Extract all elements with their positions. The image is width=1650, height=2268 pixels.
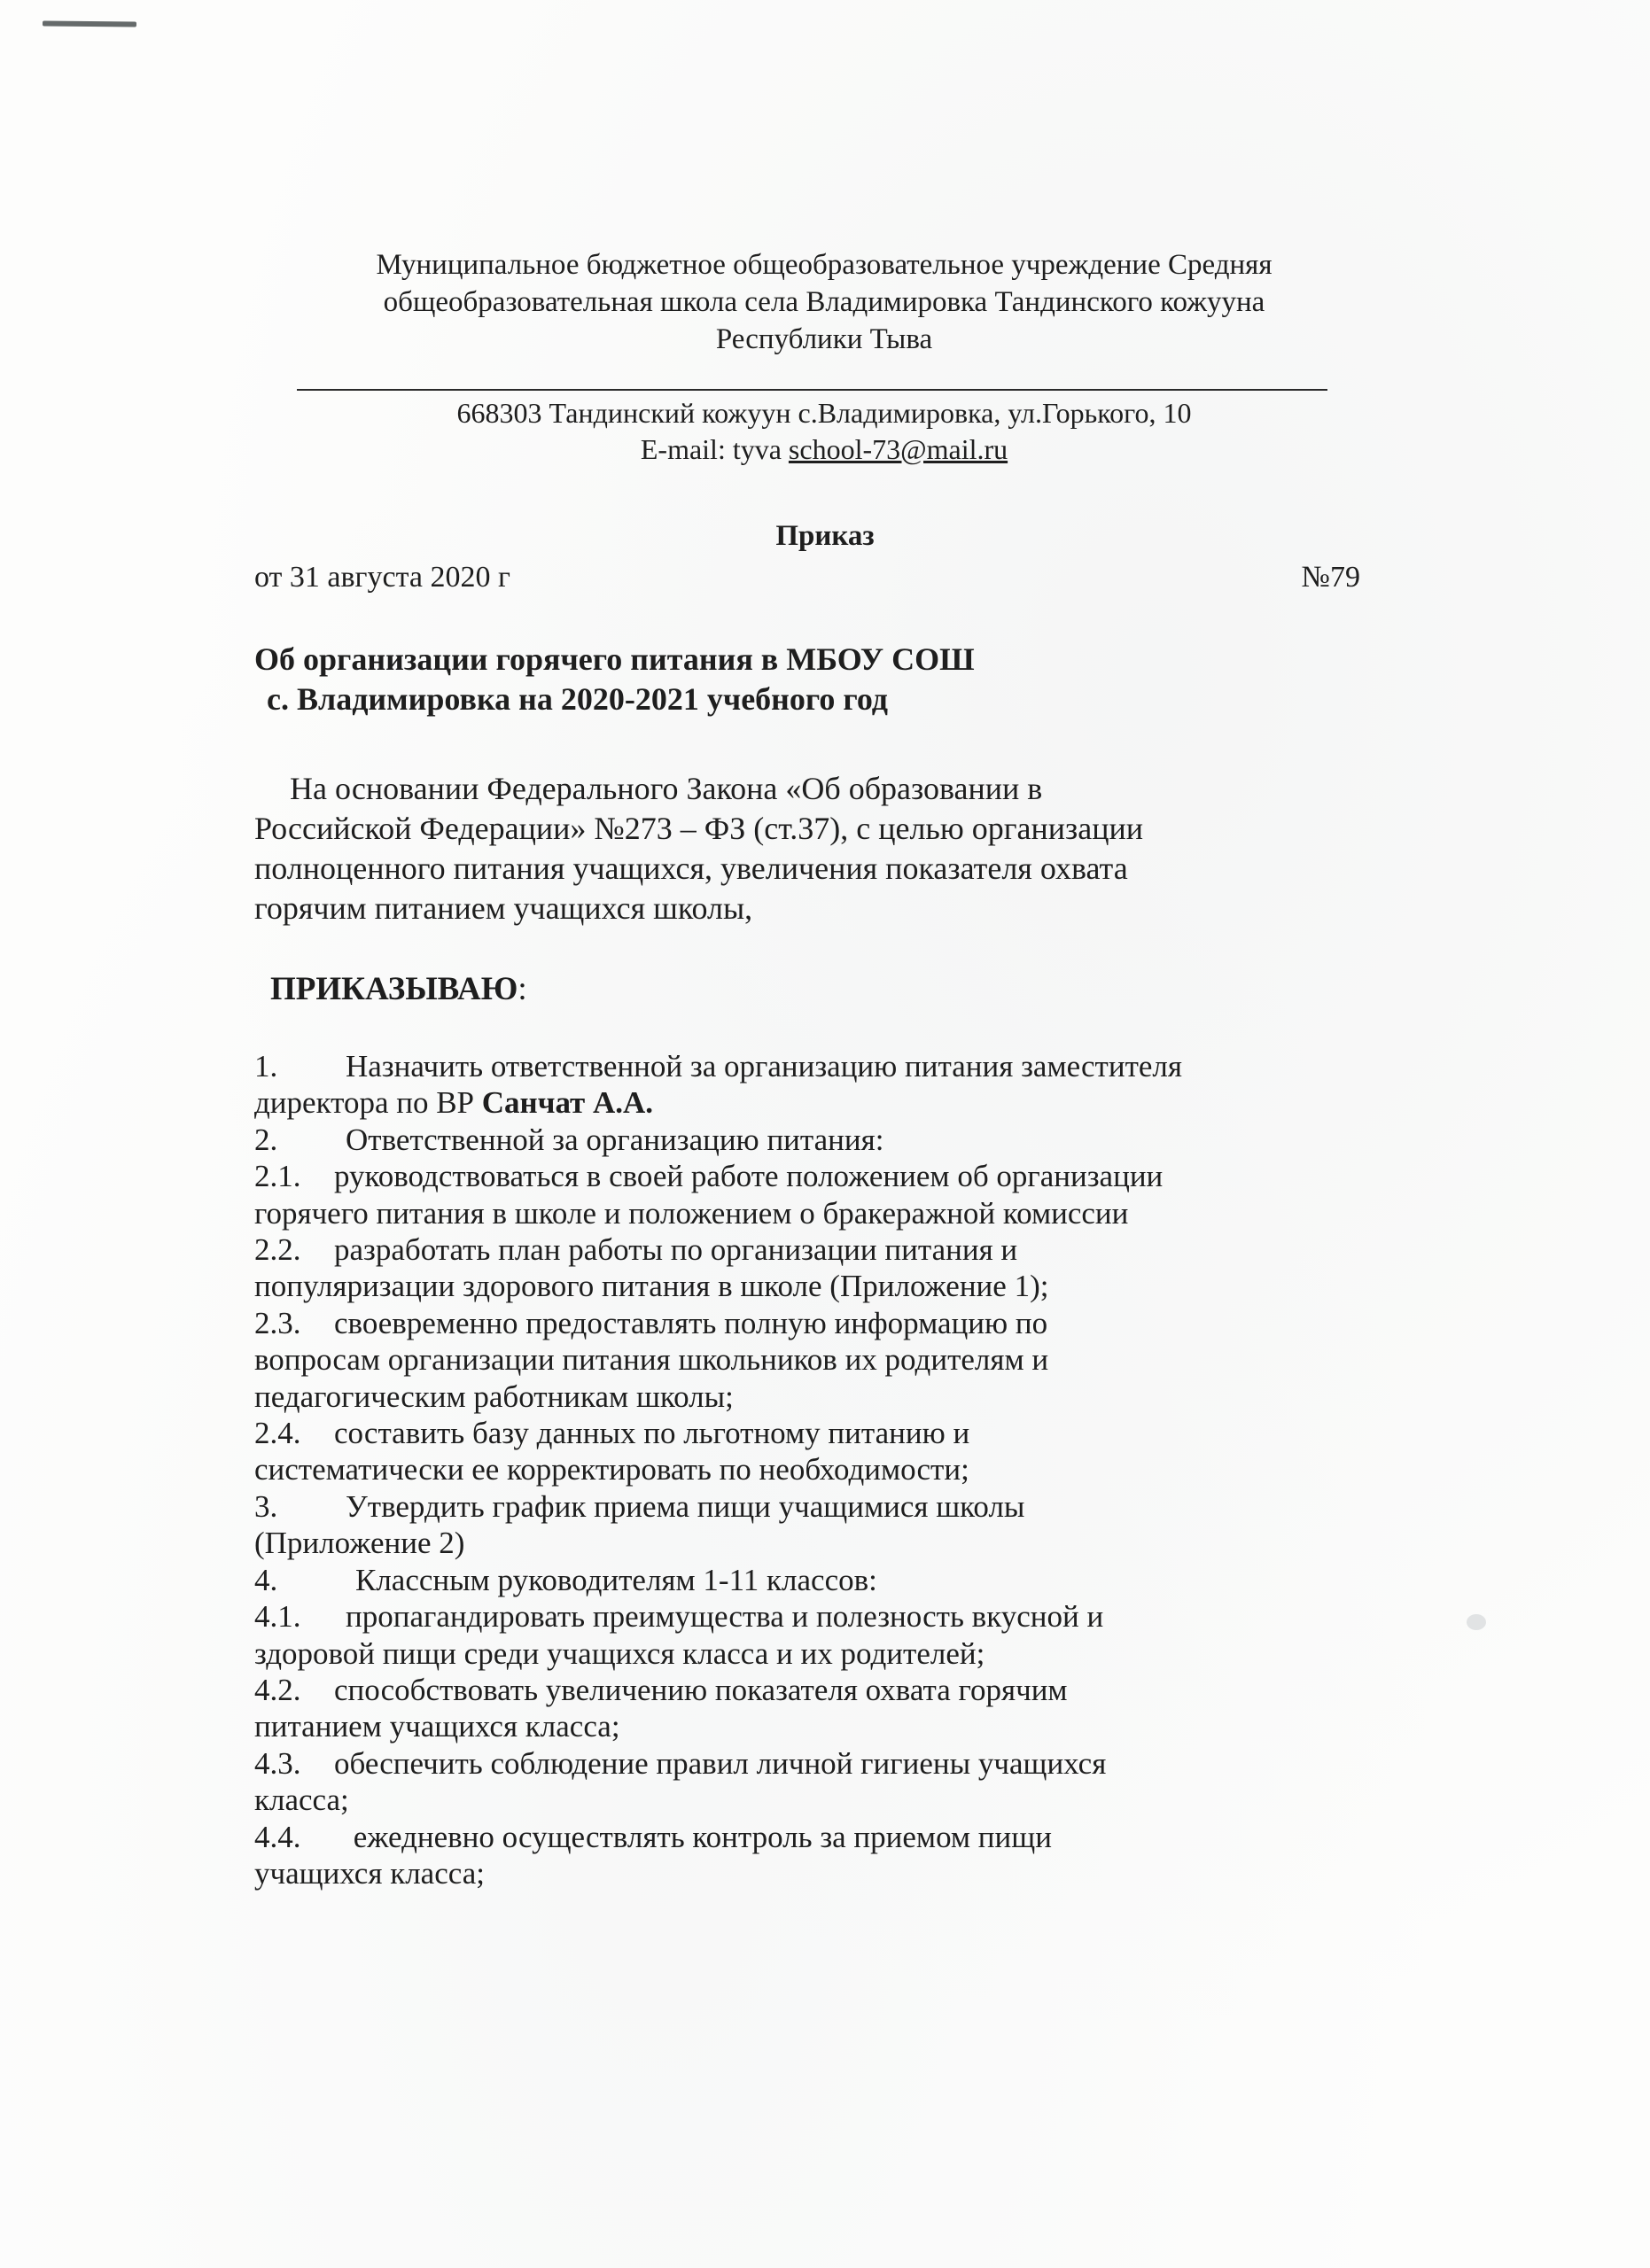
- responsible-person-name: Санчат А.А.: [482, 1085, 653, 1120]
- list-item-continuation: систематически ее корректировать по необ…: [254, 1451, 1406, 1487]
- item-number: 3.: [254, 1488, 346, 1525]
- item-number: 4.3.: [254, 1745, 334, 1782]
- scan-artifact-mark: [43, 20, 136, 27]
- preamble-line-2: Российской Федерации» №273 – ФЗ (ст.37),…: [254, 809, 1406, 849]
- item-text: руководствоваться в своей работе положен…: [334, 1159, 1163, 1193]
- item-text-cont: директора по ВР: [254, 1085, 482, 1120]
- order-preamble: На основании Федерального Закона «Об обр…: [254, 769, 1406, 928]
- list-item-continuation: питанием учащихся класса;: [254, 1708, 1406, 1744]
- item-text: обеспечить соблюдение правил личной гиги…: [334, 1746, 1106, 1781]
- list-item: 3.Утвердить график приема пищи учащимися…: [254, 1488, 1406, 1525]
- item-number: 2.3.: [254, 1305, 334, 1341]
- item-number: 2.2.: [254, 1231, 334, 1268]
- scanned-document-page: Муниципальное бюджетное общеобразователь…: [0, 0, 1650, 2268]
- item-text: способствовать увеличению показателя охв…: [334, 1673, 1068, 1707]
- institution-name-line-1: Муниципальное бюджетное общеобразователь…: [292, 246, 1356, 283]
- list-item: 2.3.своевременно предоставлять полную ин…: [254, 1305, 1406, 1341]
- item-text: составить базу данных по льготному питан…: [334, 1416, 969, 1450]
- list-item-continuation: популяризации здорового питания в школе …: [254, 1268, 1406, 1304]
- list-item: 4.3.обеспечить соблюдение правил личной …: [254, 1745, 1406, 1782]
- item-number: 2.1.: [254, 1158, 334, 1194]
- list-item-continuation: педагогическим работникам школы;: [254, 1379, 1406, 1415]
- list-item-continuation: (Приложение 2): [254, 1525, 1406, 1561]
- item-text: своевременно предоставлять полную информ…: [334, 1306, 1047, 1340]
- list-item: 2.2.разработать план работы по организац…: [254, 1231, 1406, 1268]
- list-item-continuation: класса;: [254, 1782, 1406, 1818]
- item-number: 1.: [254, 1048, 346, 1084]
- orders-heading-word: ПРИКАЗЫВАЮ: [270, 971, 518, 1007]
- list-item: 2.1.руководствоваться в своей работе пол…: [254, 1158, 1406, 1194]
- item-number: 4.: [254, 1562, 355, 1598]
- item-number: 4.2.: [254, 1672, 334, 1708]
- list-item: 2.Ответственной за организацию питания:: [254, 1122, 1406, 1158]
- scan-artifact-speck: [1467, 1614, 1486, 1630]
- email-link[interactable]: school-73@mail.ru: [789, 433, 1008, 465]
- institution-name-line-3: Республики Тыва: [292, 321, 1356, 358]
- list-item-continuation: учащихся класса;: [254, 1855, 1406, 1891]
- email-prefix: E-mail: tyva: [641, 433, 789, 465]
- list-item: 4.Классным руководителям 1-11 классов:: [254, 1562, 1406, 1598]
- subject-line-1: Об организации горячего питания в МБОУ С…: [254, 640, 975, 680]
- list-item: 4.1.пропагандировать преимущества и поле…: [254, 1598, 1406, 1635]
- item-number: 2.4.: [254, 1415, 334, 1451]
- item-text: Назначить ответственной за организацию п…: [346, 1049, 1182, 1084]
- institution-address: 668303 Тандинский кожуун с.Владимировка,…: [292, 395, 1356, 468]
- item-text: ежедневно осуществлять контроль за прием…: [346, 1820, 1052, 1854]
- item-text: разработать план работы по организации п…: [334, 1232, 1017, 1267]
- item-number: 2.: [254, 1122, 346, 1158]
- preamble-line-4: горячим питанием учащихся школы,: [254, 889, 1406, 928]
- header-divider: [297, 389, 1327, 391]
- list-item-continuation: здоровой пищи среди учащихся класса и их…: [254, 1635, 1406, 1672]
- orders-heading: ПРИКАЗЫВАЮ:: [270, 970, 527, 1009]
- list-item: 4.4. ежедневно осуществлять контроль за …: [254, 1819, 1406, 1855]
- order-number: №79: [1302, 560, 1360, 595]
- institution-name-line-2: общеобразовательная школа села Владимиро…: [292, 283, 1356, 321]
- orders-heading-colon: :: [518, 971, 526, 1007]
- list-item: 1.Назначить ответственной за организацию…: [254, 1048, 1406, 1084]
- order-items-list: 1.Назначить ответственной за организацию…: [254, 1048, 1406, 1891]
- item-text: Классным руководителям 1-11 классов:: [355, 1563, 877, 1597]
- postal-address: 668303 Тандинский кожуун с.Владимировка,…: [292, 395, 1356, 431]
- item-text: Ответственной за организацию питания:: [346, 1122, 883, 1157]
- institution-header: Муниципальное бюджетное общеобразователь…: [292, 246, 1356, 358]
- preamble-line-3: полноценного питания учащихся, увеличени…: [254, 849, 1406, 889]
- preamble-line-1: На основании Федерального Закона «Об обр…: [254, 769, 1406, 809]
- item-number: 4.4.: [254, 1819, 346, 1855]
- item-text: Утвердить график приема пищи учащимися ш…: [346, 1489, 1024, 1524]
- order-subject: Об организации горячего питания в МБОУ С…: [254, 640, 975, 719]
- email-line: E-mail: tyva school-73@mail.ru: [292, 431, 1356, 468]
- list-item-continuation: горячего питания в школе и положением о …: [254, 1195, 1406, 1231]
- item-number: 4.1.: [254, 1598, 346, 1635]
- list-item-continuation: директора по ВР Санчат А.А.: [254, 1084, 1406, 1121]
- subject-line-2: с. Владимировка на 2020-2021 учебного го…: [254, 680, 975, 719]
- list-item: 2.4.составить базу данных по льготному п…: [254, 1415, 1406, 1451]
- order-date: от 31 августа 2020 г: [254, 560, 510, 595]
- list-item: 4.2.способствовать увеличению показателя…: [254, 1672, 1406, 1708]
- order-title: Приказ: [0, 518, 1650, 554]
- list-item-continuation: вопросам организации питания школьников …: [254, 1341, 1406, 1378]
- item-text: пропагандировать преимущества и полезнос…: [346, 1599, 1103, 1634]
